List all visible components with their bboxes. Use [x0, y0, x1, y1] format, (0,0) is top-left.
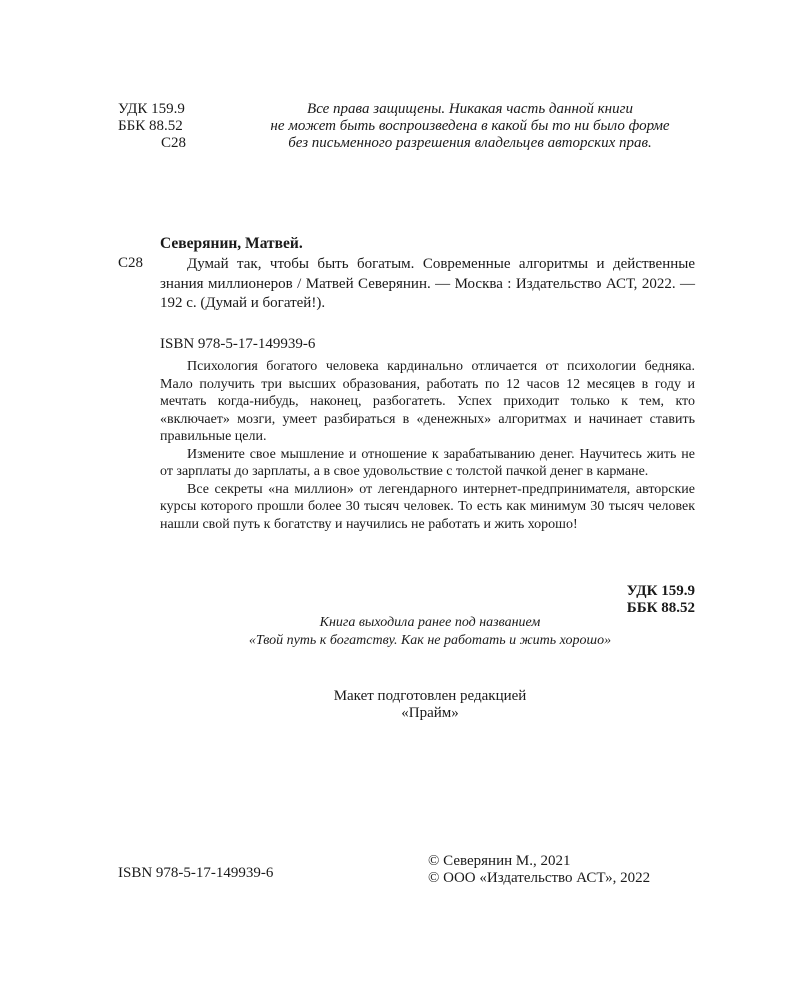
- annotation: Психология богатого человека кардинально…: [160, 358, 695, 533]
- isbn: ISBN 978-5-17-149939-6: [160, 336, 315, 353]
- copyright-line: © Северянин М., 2021: [428, 853, 650, 870]
- annotation-indexes: УДК 159.9 ББК 88.52: [560, 583, 695, 617]
- annotation-paragraph: Измените свое мышление и отношение к зар…: [160, 446, 695, 481]
- rights-notice: Все права защищены. Никакая часть данной…: [220, 101, 720, 152]
- rights-line: Все права защищены. Никакая часть данной…: [220, 101, 720, 118]
- bbk-code: ББК 88.52: [118, 118, 186, 135]
- bibliographic-description: Думай так, чтобы быть богатым. Современн…: [160, 255, 695, 314]
- layout-credit-line: «Прайм»: [150, 705, 710, 722]
- annotation-paragraph: Все секреты «на миллион» от легендарного…: [160, 481, 695, 534]
- rights-line: не может быть воспроизведена в какой бы …: [220, 118, 720, 135]
- classification-codes: УДК 159.9 ББК 88.52 С28: [118, 101, 186, 152]
- side-author-mark: С28: [118, 255, 143, 272]
- udk-code: УДК 159.9: [560, 583, 695, 600]
- annotation-paragraph: Психология богатого человека кардинально…: [160, 358, 695, 446]
- copyright-block: © Северянин М., 2021 © ООО «Издательство…: [428, 853, 650, 887]
- copyright-line: © ООО «Издательство АСТ», 2022: [428, 870, 650, 887]
- udk-code: УДК 159.9: [118, 101, 186, 118]
- previous-title-line: «Твой путь к богатству. Как не работать …: [150, 632, 710, 650]
- rights-line: без письменного разрешения владельцев ав…: [220, 135, 720, 152]
- layout-credit-line: Макет подготовлен редакцией: [150, 688, 710, 705]
- author-heading: Северянин, Матвей.: [160, 235, 303, 253]
- previous-title-note: Книга выходила ранее под названием «Твой…: [150, 614, 710, 650]
- author-mark: С28: [118, 135, 186, 152]
- footer-isbn: ISBN 978-5-17-149939-6: [118, 865, 273, 882]
- layout-credit: Макет подготовлен редакцией «Прайм»: [150, 688, 710, 722]
- previous-title-line: Книга выходила ранее под названием: [150, 614, 710, 632]
